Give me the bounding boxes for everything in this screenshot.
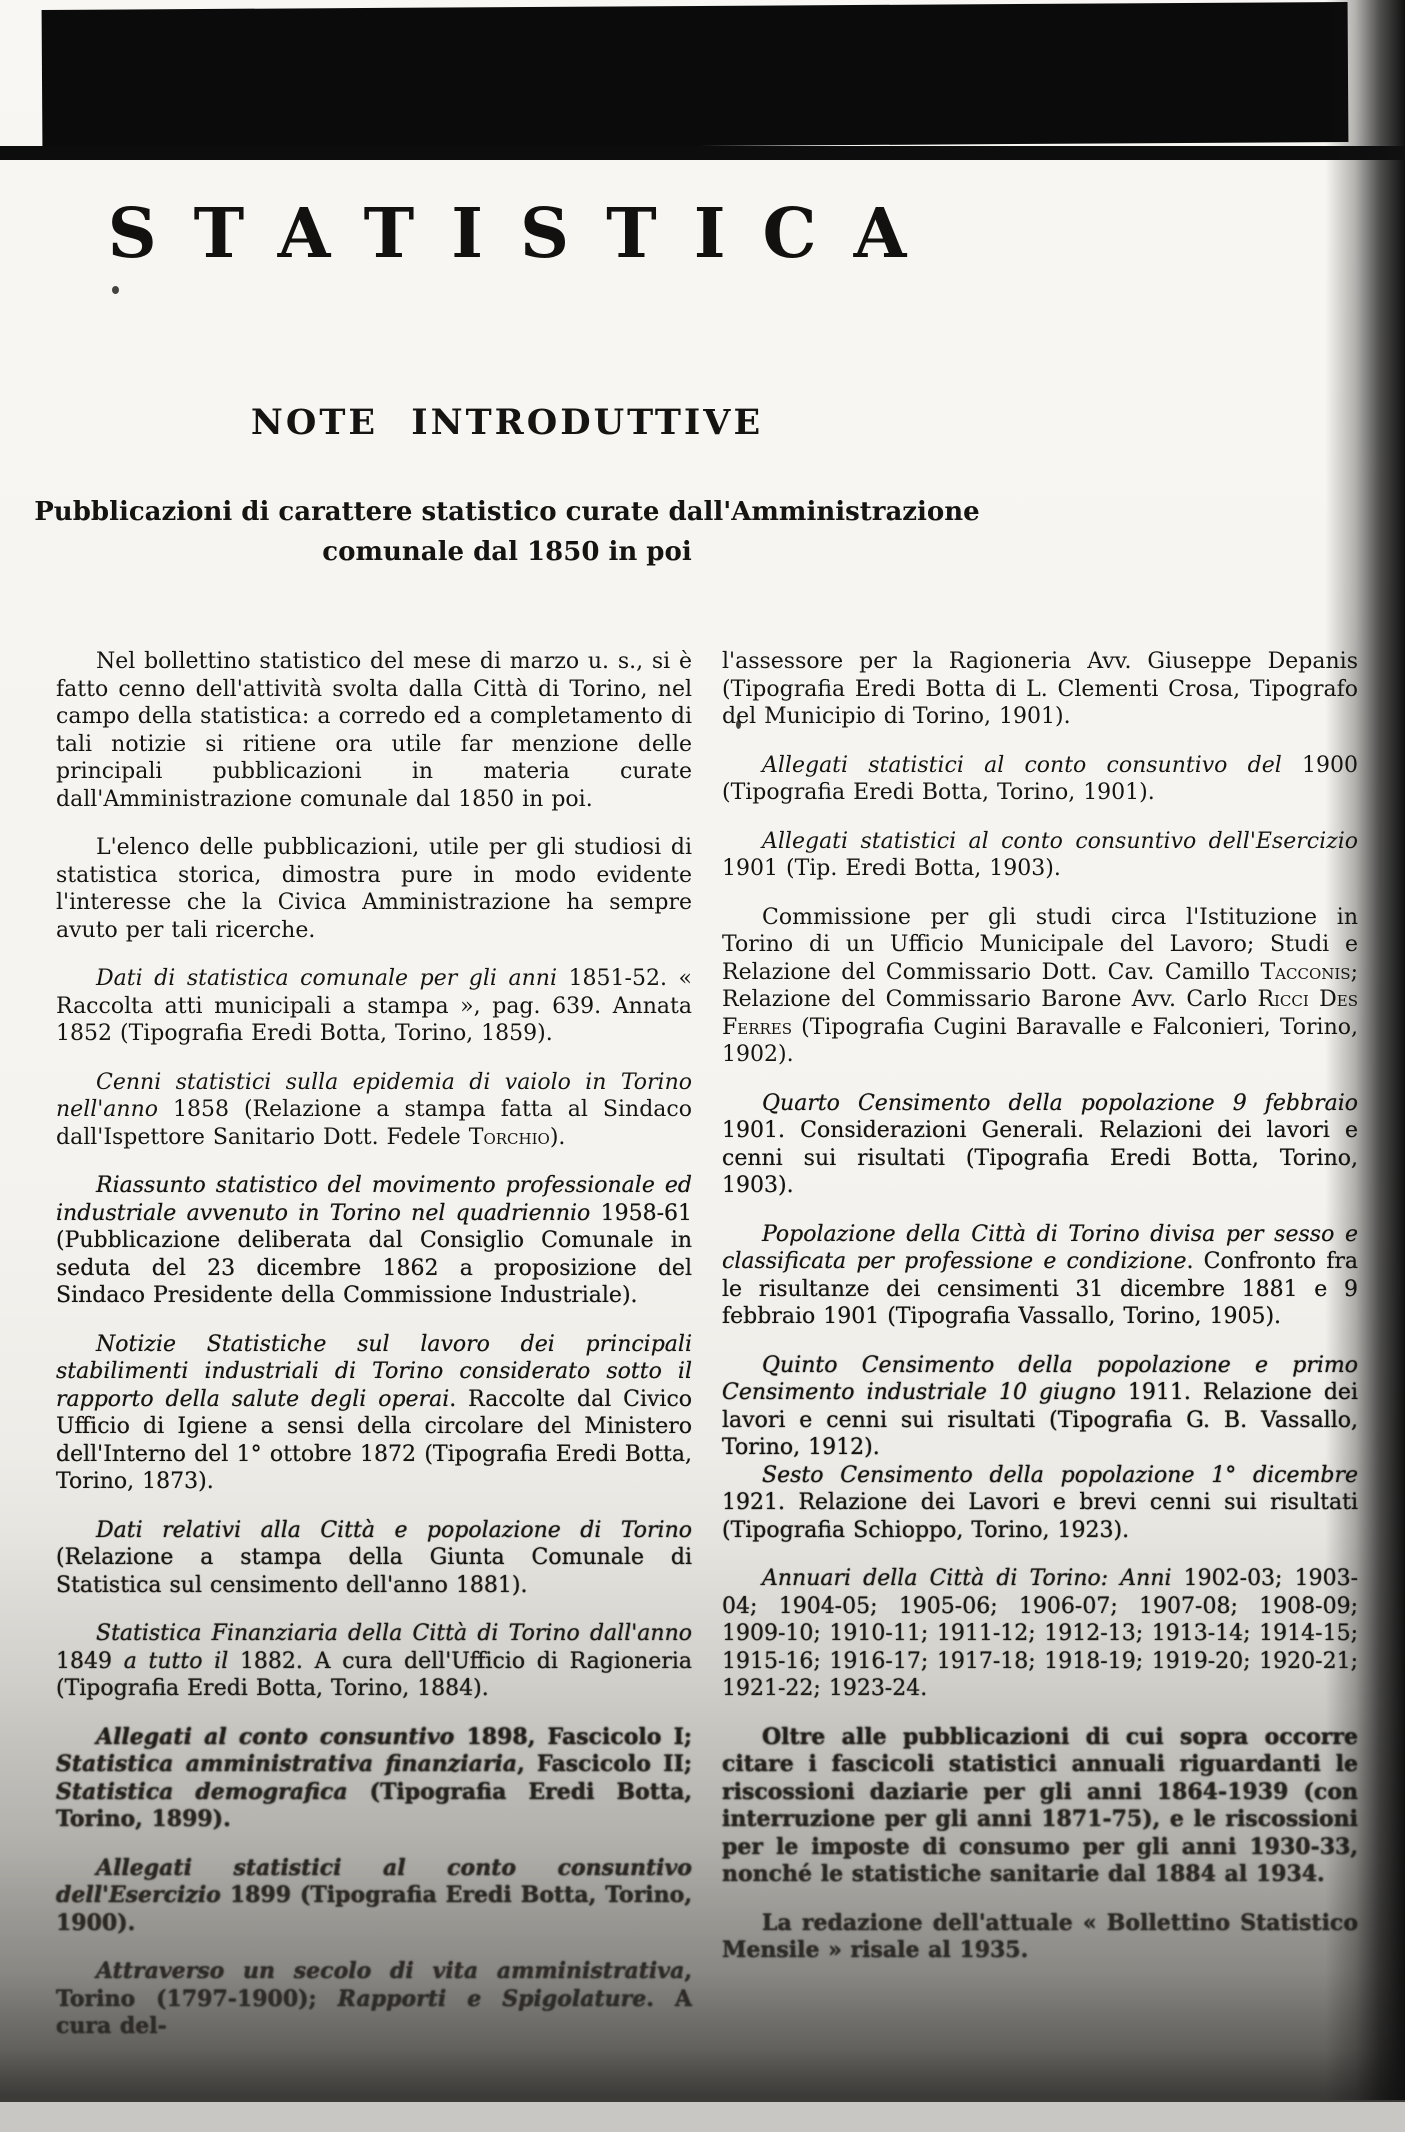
paragraph: Dati relativi alla Città e popolazione d…	[56, 1517, 692, 1600]
scanned-page: STATISTICA NOTE INTRODUTTIVE Pubblicazio…	[0, 0, 1405, 2132]
text-columns: Nel bollettino statistico del mese di ma…	[56, 648, 1358, 2062]
paragraph: Allegati al conto consuntivo 1898, Fasci…	[56, 1724, 692, 1834]
paragraph: La redazione dell'attuale « Bollettino S…	[722, 1910, 1358, 1965]
paragraph: L'elenco delle pubblicazioni, utile per …	[56, 834, 692, 944]
scan-bottom-edge	[0, 2102, 1405, 2132]
paragraph: Popolazione della Città di Torino divisa…	[722, 1221, 1358, 1331]
paragraph: Commissione per gli studi circa l'Istitu…	[722, 904, 1358, 1069]
paragraph: Cenni statistici sulla epidemia di vaiol…	[56, 1069, 692, 1152]
paragraph: Sesto Censimento della popolazione 1° di…	[722, 1462, 1358, 1545]
paragraph: Allegati statistici al conto consuntivo …	[722, 828, 1358, 883]
paragraph: Notizie Statistiche sul lavoro dei princ…	[56, 1331, 692, 1496]
page-title: STATISTICA	[0, 194, 1014, 274]
paragraph: Attraverso un secolo di vita amministrat…	[56, 1958, 692, 2041]
paragraph: l'assessore per la Ragioneria Avv. Giuse…	[722, 648, 1358, 731]
scan-speck	[112, 286, 119, 294]
subtitle-line-2: comunale dal 1850 in poi	[0, 532, 1014, 572]
paragraph: Nel bollettino statistico del mese di ma…	[56, 648, 692, 813]
paragraph: Allegati statistici al conto consuntivo …	[56, 1855, 692, 1938]
paragraph: Quarto Censimento della popolazione 9 fe…	[722, 1090, 1358, 1200]
section-heading: NOTE INTRODUTTIVE	[0, 402, 1014, 443]
paragraph: Riassunto statistico del movimento profe…	[56, 1172, 692, 1310]
subtitle: Pubblicazioni di carattere statistico cu…	[0, 492, 1014, 572]
scan-top-black-bar	[42, 2, 1349, 150]
paragraph: Oltre alle pubblicazioni di cui sopra oc…	[722, 1724, 1358, 1889]
subtitle-line-1: Pubblicazioni di carattere statistico cu…	[0, 492, 1014, 532]
paragraph: Allegati statistici al conto consuntivo …	[722, 752, 1358, 807]
left-column: Nel bollettino statistico del mese di ma…	[56, 648, 692, 2062]
scan-top-black-strip	[0, 146, 1405, 160]
paragraph: Annuari della Città di Torino: Anni 1902…	[722, 1565, 1358, 1703]
paragraph: Dati di statistica comunale per gli anni…	[56, 965, 692, 1048]
right-column: l'assessore per la Ragioneria Avv. Giuse…	[722, 648, 1358, 2062]
paragraph: Quinto Censimento della popolazione e pr…	[722, 1352, 1358, 1462]
paragraph: Statistica Finanziaria della Città di To…	[56, 1620, 692, 1703]
